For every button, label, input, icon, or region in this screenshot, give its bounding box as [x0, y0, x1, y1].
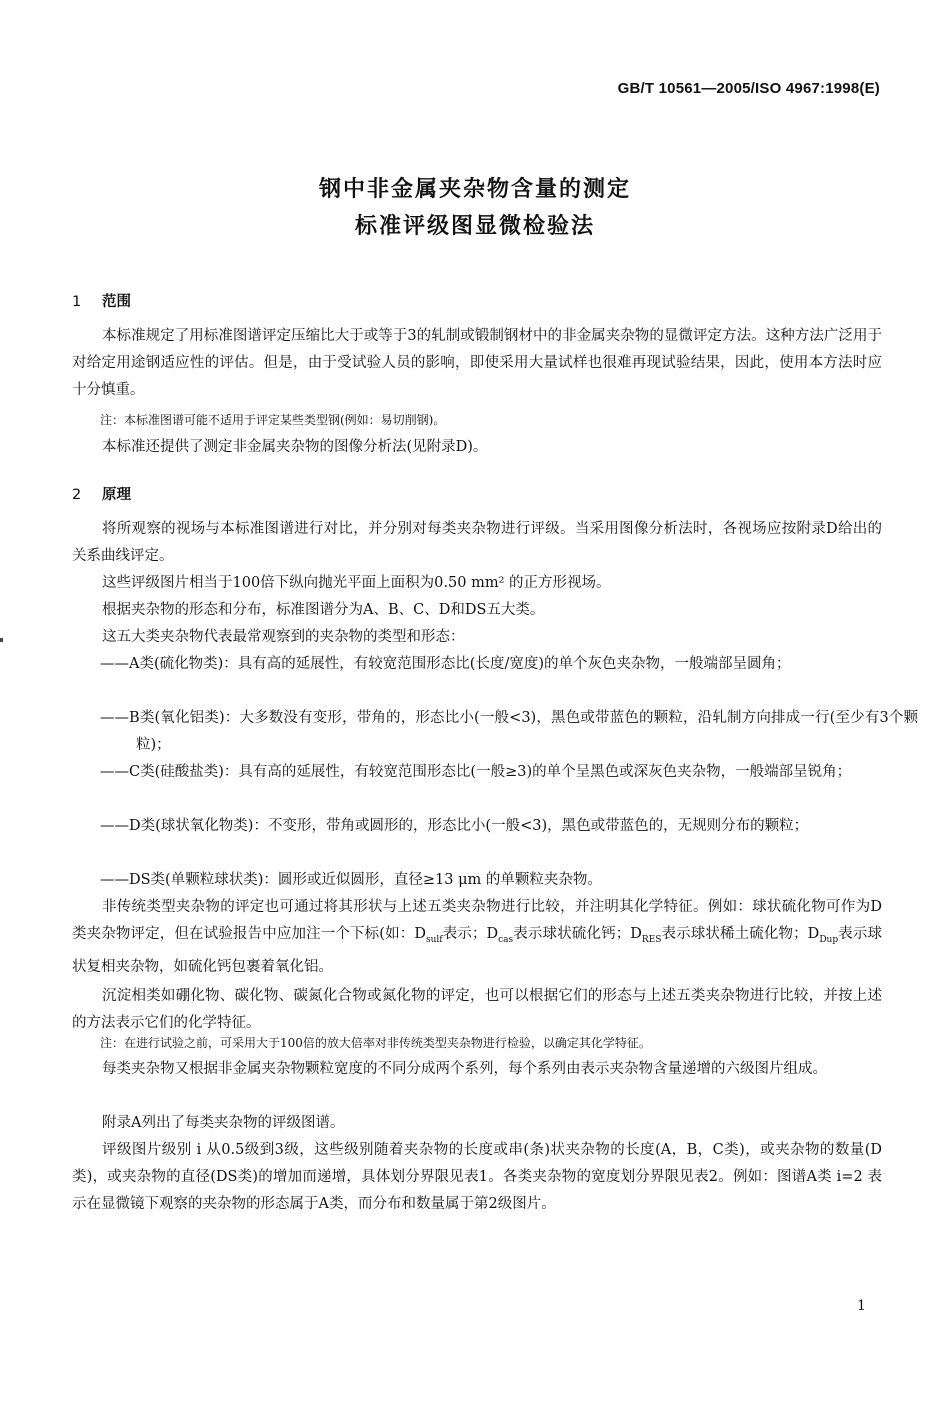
list-item-type-d: ——D类(球状氧化物类)：不变形，带角或圆形的，形态比小(一般<3)，黑色或带蓝…: [100, 813, 918, 840]
section-number: 1: [72, 294, 102, 310]
nontraditional-paragraph: 非传统类型夹杂物的评定也可通过将其形状与上述五类夹杂物进行比较，并注明其化学特征…: [72, 894, 882, 981]
principle-note: 注：在进行试验之前，可采用大于100倍的放大倍率对非传统类型夹杂物进行检验，以确…: [100, 1033, 651, 1053]
list-item-type-a: ——A类(硫化物类)：具有高的延展性，有较宽范围形态比(长度/宽度)的单个灰色夹…: [100, 651, 918, 678]
section-title: 原理: [102, 487, 131, 503]
section-1-heading: 1范围: [72, 290, 131, 311]
subscript: cas: [498, 935, 513, 945]
text-run: 表示球状硫化钙；D: [513, 926, 642, 942]
scope-note: 注：本标准图谱可能不适用于评定某些类型钢(例如：易切削钢)。: [100, 410, 445, 430]
principle-paragraph-4: 这五大类夹杂物代表最常观察到的夹杂物的类型和形态：: [72, 624, 882, 651]
levels-paragraph: 评级图片级别 i 从0.5级到3级，这些级别随着夹杂物的长度或串(条)状夹杂物的…: [72, 1137, 882, 1218]
section-title: 范围: [102, 294, 131, 310]
principle-paragraph-3: 根据夹杂物的形态和分布，标准图谱分为A、B、C、D和DS五大类。: [72, 597, 882, 624]
subscript: RES: [642, 935, 662, 945]
document-title-line1: 钢中非金属夹杂物含量的测定: [0, 172, 950, 203]
scope-image-analysis: 本标准还提供了测定非金属夹杂物的图像分析法(见附录D)。: [72, 434, 882, 461]
section-2-heading: 2原理: [72, 483, 131, 504]
principle-paragraph-2: 这些评级图片相当于100倍下纵向抛光平面上面积为0.50 mm² 的正方形视场。: [72, 570, 882, 597]
precipitate-paragraph: 沉淀相类如硼化物、碳化物、碳氮化合物或氮化物的评定，也可以根据它们的形态与上述五…: [72, 983, 882, 1037]
list-item-type-ds: ——DS类(单颗粒球状类)：圆形或近似圆形，直径≥13 μm 的单颗粒夹杂物。: [100, 867, 918, 894]
subscript: Dup: [819, 935, 838, 945]
page-number: 1: [857, 1298, 866, 1314]
text-run: 表示；D: [443, 926, 499, 942]
standard-id: GB/T 10561—2005/ISO 4967:1998(E): [618, 80, 880, 97]
subscript: sulf: [426, 935, 443, 945]
annex-paragraph: 附录A列出了每类夹杂物的评级图谱。: [72, 1110, 882, 1137]
list-item-type-c: ——C类(硅酸盐类)：具有高的延展性，有较宽范围形态比(一般≥3)的单个呈黑色或…: [100, 759, 918, 786]
list-item-type-b: ——B类(氧化铝类)：大多数没有变形，带角的，形态比小(一般<3)，黑色或带蓝色…: [100, 705, 918, 759]
principle-paragraph-1: 将所观察的视场与本标准图谱进行对比，并分别对每类夹杂物进行评级。当采用图像分析法…: [72, 516, 882, 570]
section-number: 2: [72, 487, 102, 503]
document-page: GB/T 10561—2005/ISO 4967:1998(E) 钢中非金属夹杂…: [0, 0, 950, 1403]
scope-paragraph: 本标准规定了用标准图谱评定压缩比大于或等于3的轧制或锻制钢材中的非金属夹杂物的显…: [72, 323, 882, 404]
document-title-line2: 标准评级图显微检验法: [0, 209, 950, 240]
series-paragraph: 每类夹杂物又根据非金属夹杂物颗粒宽度的不同分成两个系列，每个系列由表示夹杂物含量…: [72, 1056, 882, 1083]
scan-artifact: [0, 638, 3, 642]
text-run: 表示球状稀土硫化物；D: [661, 926, 819, 942]
